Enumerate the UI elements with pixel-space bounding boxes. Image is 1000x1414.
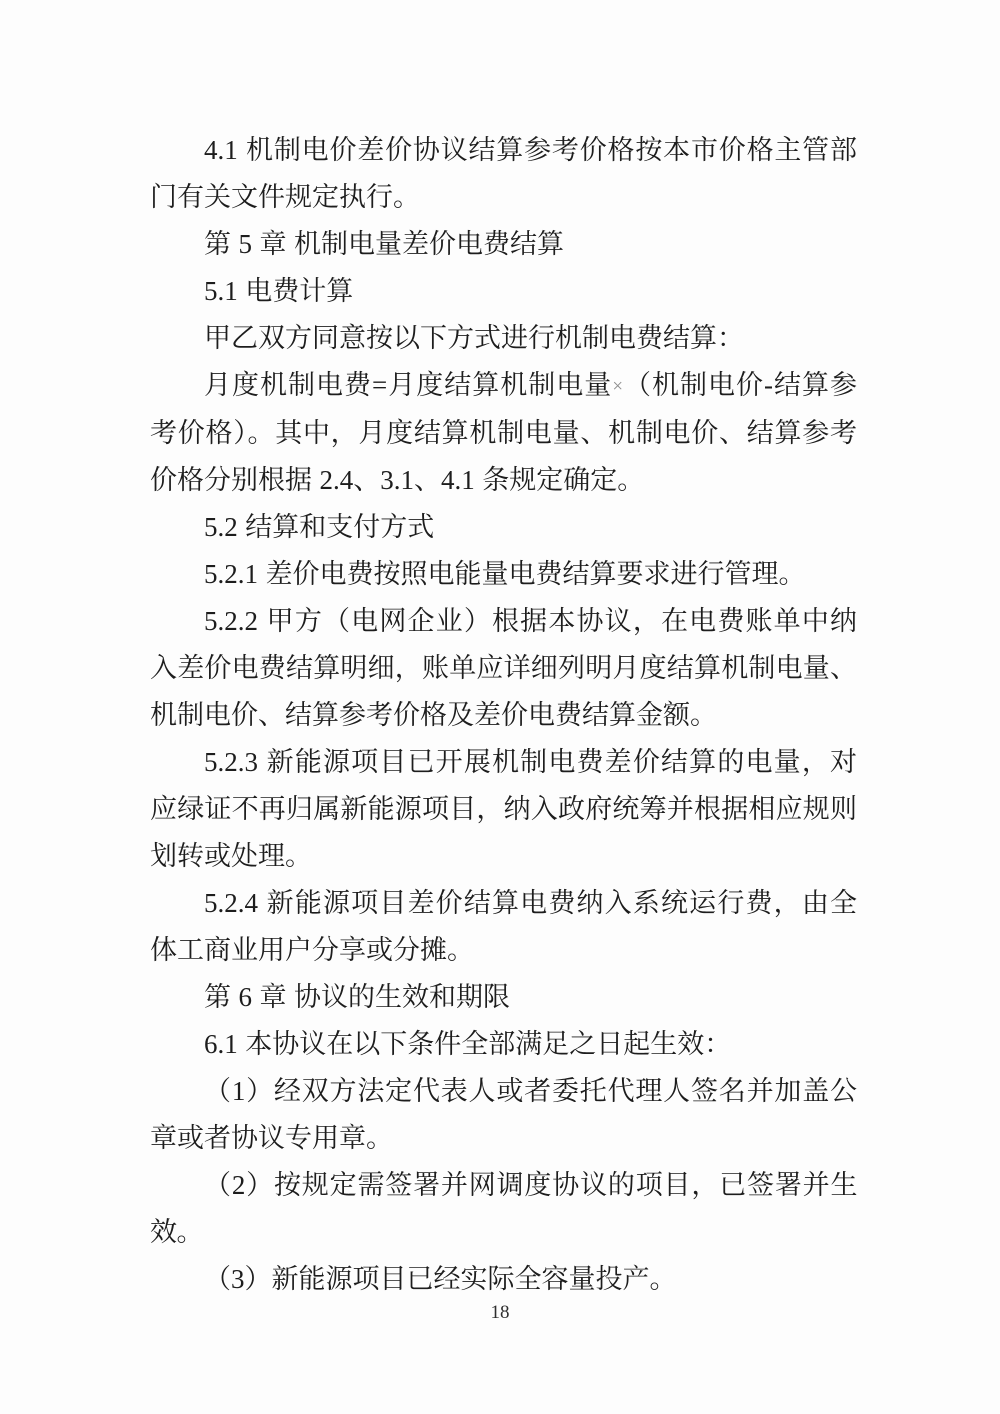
formula-paragraph: 月度机制电费=月度结算机制电量×（机制电价-结算参考价格）。其中，月度结算机制电… xyxy=(150,362,857,504)
chapter-5-title: 第 5 章 机制电量差价电费结算 xyxy=(150,221,857,268)
clause-5-1-intro: 甲乙双方同意按以下方式进行机制电费结算： xyxy=(150,315,857,362)
chapter-6-title: 第 6 章 协议的生效和期限 xyxy=(150,974,857,1021)
clause-5-2-1: 5.2.1 差价电费按照电能量电费结算要求进行管理。 xyxy=(150,551,857,598)
clause-5-2-4: 5.2.4 新能源项目差价结算电费纳入系统运行费，由全体工商业用户分享或分摊。 xyxy=(150,880,857,974)
condition-3: （3）新能源项目已经实际全容量投产。 xyxy=(150,1256,857,1303)
clause-5-1-title: 5.1 电费计算 xyxy=(150,268,857,315)
clause-5-2-3: 5.2.3 新能源项目已开展机制电费差价结算的电量，对应绿证不再归属新能源项目，… xyxy=(150,739,857,880)
clause-5-2-title: 5.2 结算和支付方式 xyxy=(150,504,857,551)
page-number: 18 xyxy=(0,1302,1000,1324)
clause-5-2-2: 5.2.2 甲方（电网企业）根据本协议，在电费账单中纳入差价电费结算明细，账单应… xyxy=(150,598,857,739)
clause-6-1: 6.1 本协议在以下条件全部满足之日起生效： xyxy=(150,1021,857,1068)
condition-2: （2）按规定需签署并网调度协议的项目，已签署并生效。 xyxy=(150,1162,857,1256)
document-page: 4.1 机制电价差价协议结算参考价格按本市价格主管部门有关文件规定执行。 第 5… xyxy=(0,0,1000,1414)
text-body: 4.1 机制电价差价协议结算参考价格按本市价格主管部门有关文件规定执行。 第 5… xyxy=(150,127,857,1303)
condition-1: （1）经双方法定代表人或者委托代理人签名并加盖公章或者协议专用章。 xyxy=(150,1068,857,1162)
clause-4-1: 4.1 机制电价差价协议结算参考价格按本市价格主管部门有关文件规定执行。 xyxy=(150,127,857,221)
